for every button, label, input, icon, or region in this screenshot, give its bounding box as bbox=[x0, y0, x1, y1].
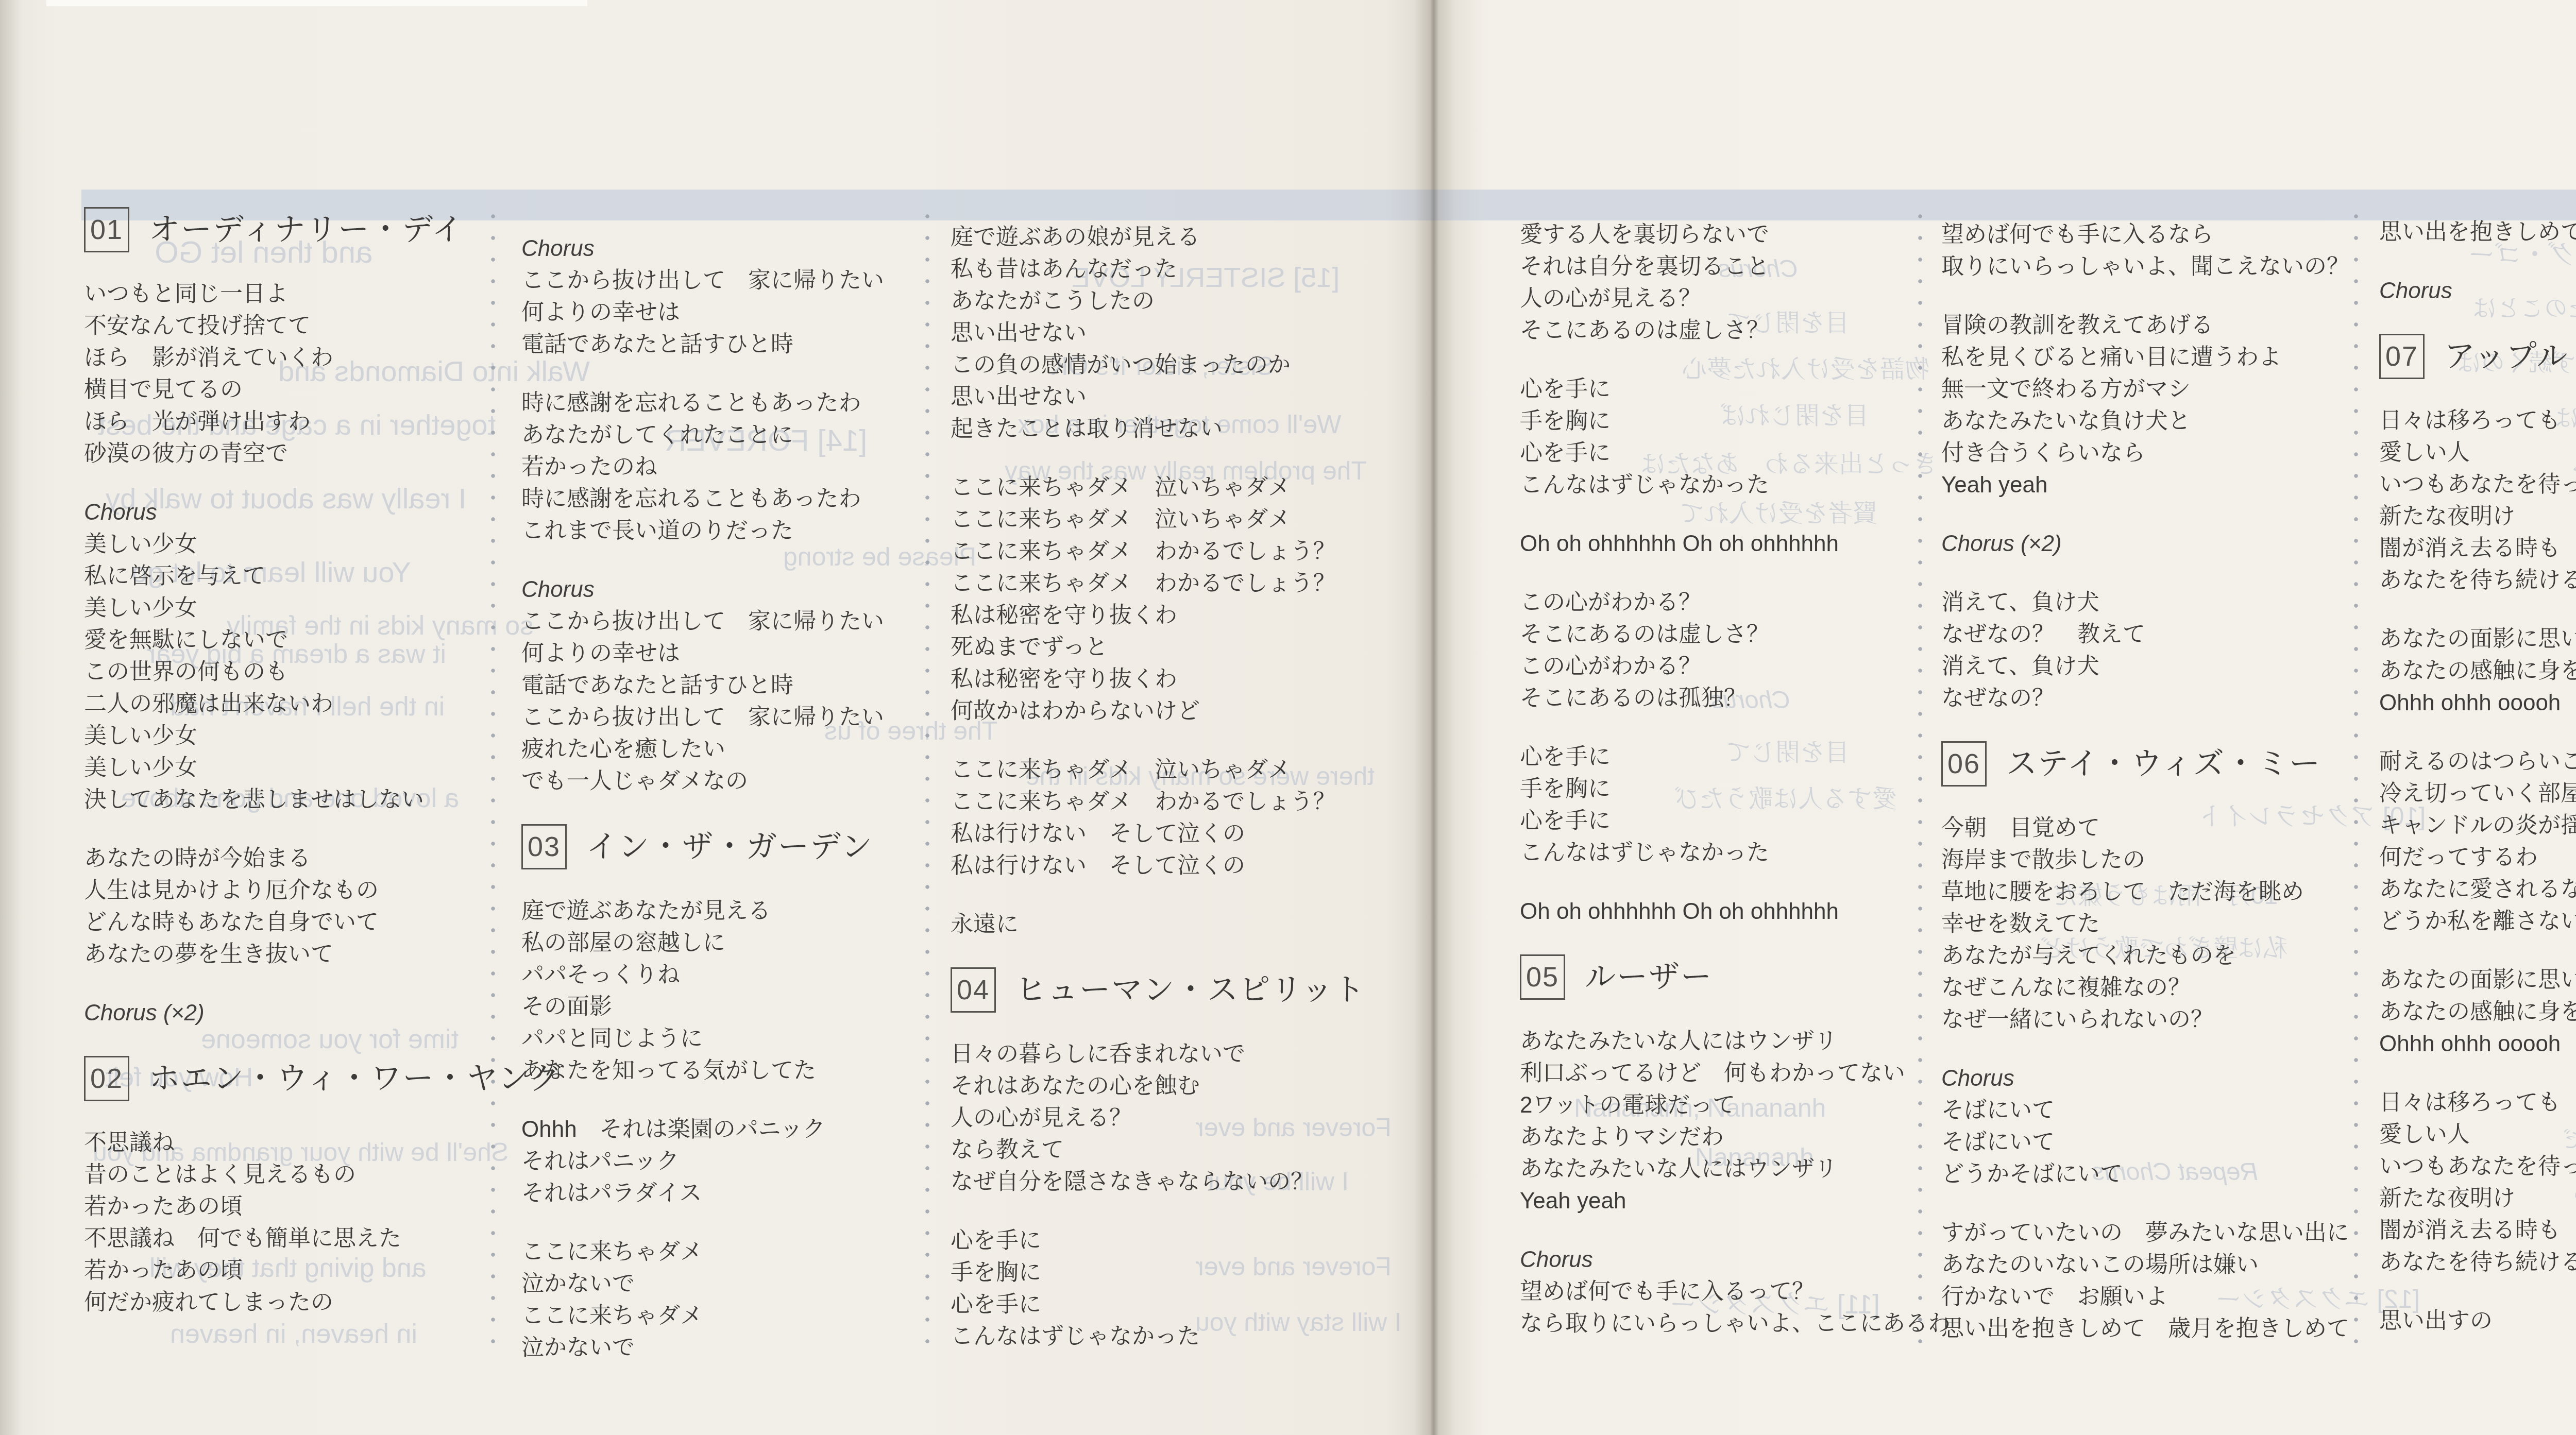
lyric-stanza: ここに来ちゃダメ泣かないでここに来ちゃダメ泣かないで bbox=[521, 1236, 934, 1364]
lyric-line: あなたの夢を生き抜いて bbox=[84, 938, 519, 970]
lyric-line: なぜこんなに複雑なの？ bbox=[1941, 972, 2361, 1004]
lyric-line: あなたがこうしたの bbox=[951, 285, 1370, 317]
chorus-label: Chorus (×2) bbox=[1941, 528, 2361, 560]
lyric-line: Yeah yeah bbox=[1941, 469, 2361, 501]
lyric-line: 心を手に bbox=[1520, 373, 1932, 405]
lyric-line: 電話であなたと話すひと時 bbox=[521, 329, 934, 361]
lyric-line: なぜなの？ 教えて bbox=[1941, 619, 2361, 651]
scan-edge-artifact bbox=[46, 0, 587, 6]
lyric-stanza: 今朝 目覚めて海岸まで散歩したの草地に腰をおろして ただ海を眺め幸せを数えてたあ… bbox=[1941, 812, 2361, 1036]
lyric-line: 人の心が見える？ bbox=[951, 1102, 1370, 1134]
lyric-line: 消えて、負け犬 bbox=[1941, 651, 2361, 682]
lyric-line: いつもと同じ一日よ bbox=[84, 278, 519, 310]
lyric-line: 耐えるのはつらいこと bbox=[2379, 746, 2576, 778]
lyric-line: 愛を無駄にしないで bbox=[84, 624, 519, 656]
lyric-line: 二人の邪魔は出来ないわ bbox=[84, 688, 519, 720]
lyrics-column-6: 思い出を抱きしめて 歳月を抱きしめてChorus07アップル・オブ・マイ・アイ日… bbox=[2379, 216, 2576, 1364]
lyric-line: 思い出せない bbox=[951, 381, 1370, 413]
lyric-line: 人の心が見える？ bbox=[1520, 283, 1932, 315]
lyric-line: 思い出を抱きしめて 歳月を抱きしめて bbox=[1941, 1313, 2361, 1345]
lyric-line: そこにあるのは孤独？ bbox=[1520, 682, 1932, 714]
lyric-line: 思い出すの bbox=[2379, 1305, 2576, 1337]
lyric-line: それは自分を裏切ること bbox=[1520, 251, 1932, 283]
lyrics-column-5: 望めば何でも手に入るなら取りにいらっしゃいよ、聞こえないの？冒険の教訓を教えてあ… bbox=[1941, 219, 2361, 1372]
lyric-line: こんなはずじゃなかった bbox=[951, 1321, 1370, 1353]
lyric-stanza: 時に感謝を忘れることもあったわあなたがしてくれたことに若かったのね時に感謝を忘れ… bbox=[521, 387, 934, 547]
lyric-stanza: 望めば何でも手に入るなら取りにいらっしゃいよ、聞こえないの？ bbox=[1941, 219, 2361, 283]
chorus-label: Chorus bbox=[84, 497, 519, 528]
lyric-line: あなたを待ち続けるわ bbox=[2379, 1246, 2576, 1278]
lyric-line: あなたの面影に思いを馳せ bbox=[2379, 964, 2576, 996]
lyric-stanza: 日々は移ろっても愛しい人いつもあなたを待ってるわ新たな夜明け闇が消え去る時もあな… bbox=[2379, 405, 2576, 596]
lyric-line: 手を胸に bbox=[1520, 773, 1932, 805]
lyric-line: 闇が消え去る時も bbox=[2379, 533, 2576, 565]
lyric-line: 何だってするわ bbox=[2379, 842, 2576, 874]
lyric-line: 疲れた心を癒したい bbox=[521, 733, 934, 765]
lyric-line: でも一人じゃダメなの bbox=[521, 765, 934, 797]
lyric-line: 冷え切っていく部屋で bbox=[2379, 778, 2576, 810]
lyric-line: 心を手に bbox=[1520, 805, 1932, 837]
lyric-line: 不思議ね 何でも簡単に思えた bbox=[84, 1223, 519, 1255]
lyric-stanza: Chorusここから抜け出して 家に帰りたい何よりの幸せは電話であなたと話すひと… bbox=[521, 574, 934, 797]
lyric-line: 付き合うくらいなら bbox=[1941, 437, 2361, 469]
lyric-line: なぜ一緒にいられないの？ bbox=[1941, 1004, 2361, 1036]
lyric-line: 決してあなたを悲しませはしない bbox=[84, 784, 519, 816]
lyric-line: 私は秘密を守り抜くわ bbox=[951, 663, 1370, 695]
track-header: 02ホエン・ウィ・ワー・ヤング bbox=[84, 1056, 519, 1101]
lyric-line: 私を見くびると痛い目に遭うわよ bbox=[1941, 341, 2361, 373]
lyric-line: 草地に腰をおろして ただ海を眺め bbox=[1941, 876, 2361, 908]
lyric-stanza: Chorus美しい少女私に啓示を与えて美しい少女愛を無駄にしないでこの世界の何も… bbox=[84, 497, 519, 816]
lyric-stanza: 心を手に手を胸に心を手にこんなはずじゃなかった bbox=[1520, 741, 1932, 869]
lyric-line: 利口ぶってるけど 何もわかってない bbox=[1520, 1057, 1932, 1089]
lyric-line: 新たな夜明け bbox=[2379, 1183, 2576, 1215]
lyric-line: 永遠に bbox=[951, 909, 1370, 941]
lyric-line: Ohhh それは楽園のパニック bbox=[521, 1114, 934, 1146]
lyric-line: これまで長い道のりだった bbox=[521, 515, 934, 547]
lyric-line: 昔のことはよく見えるもの bbox=[84, 1159, 519, 1191]
lyric-line: ここから抜け出して 家に帰りたい bbox=[521, 606, 934, 638]
lyrics-column-3: 庭で遊ぶあの娘が見える私も昔はあんなだったあなたがこうしたの思い出せないこの負の… bbox=[951, 221, 1370, 1379]
lyric-stanza: ここに来ちゃダメ 泣いちゃダメここに来ちゃダメ 泣いちゃダメここに来ちゃダメ わ… bbox=[951, 472, 1370, 727]
lyric-line: Ohhh ohhh ooooh bbox=[2379, 1028, 2576, 1060]
lyric-line: 心を手に bbox=[1520, 437, 1932, 469]
lyric-stanza: あなたの時が今始まる人生は見かけより厄介なものどんな時もあなた自身でいてあなたの… bbox=[84, 843, 519, 970]
lyric-line: 日々は移ろっても bbox=[2379, 405, 2576, 437]
chorus-label: Chorus bbox=[1520, 1244, 1932, 1276]
lyric-line: 何よりの幸せは bbox=[521, 297, 934, 329]
lyric-line: あなたを待ち続けるわ bbox=[2379, 565, 2576, 596]
lyric-line: 手を胸に bbox=[951, 1257, 1370, 1289]
lyric-line: パパそっくりね bbox=[521, 959, 934, 991]
lyric-stanza: 冒険の教訓を教えてあげる私を見くびると痛い目に遭うわよ無一文で終わる方がマシあな… bbox=[1941, 310, 2361, 501]
lyric-line: ここから抜け出して 家に帰りたい bbox=[521, 265, 934, 297]
lyric-line: 美しい少女 bbox=[84, 592, 519, 624]
lyric-line: 砂漠の彼方の青空で bbox=[84, 438, 519, 470]
track-number-box: 01 bbox=[84, 207, 129, 252]
lyrics-column-4: 愛する人を裏切らないでそれは自分を裏切ること人の心が見える？そこにあるのは虚しさ… bbox=[1520, 219, 1932, 1366]
lyric-stanza: 耐えるのはつらいこと冷え切っていく部屋でキャンドルの炎が揺らめく何だってするわあ… bbox=[2379, 746, 2576, 937]
lyric-line: ここに来ちゃダメ わかるでしょう？ bbox=[951, 568, 1370, 600]
lyric-line: あなたの感触に身を任せるの bbox=[2379, 655, 2576, 687]
lyric-line: ここに来ちゃダメ 泣いちゃダメ bbox=[951, 504, 1370, 536]
lyric-line: 人生は見かけより厄介なもの bbox=[84, 875, 519, 907]
lyric-line: こんなはずじゃなかった bbox=[1520, 837, 1932, 869]
chorus-label: Chorus bbox=[2379, 275, 2576, 307]
track-title: オーディナリー・デイ bbox=[149, 214, 464, 246]
lyric-stanza: あなたみたいな人にはウンザリ利口ぶってるけど 何もわかってない2ワットの電球だっ… bbox=[1520, 1026, 1932, 1217]
track-title: イン・ザ・ガーデン bbox=[586, 831, 873, 863]
lyric-line: 今朝 目覚めて bbox=[1941, 812, 2361, 844]
lyric-line: あなたを知ってる気がしてた bbox=[521, 1055, 934, 1087]
lyric-line: どんな時もあなた自身でいて bbox=[84, 907, 519, 938]
lyric-line: 死ぬまでずっと bbox=[951, 631, 1370, 663]
lyric-line: ここから抜け出して 家に帰りたい bbox=[521, 702, 934, 733]
lyric-stanza: 永遠に bbox=[951, 909, 1370, 941]
lyric-line: 闇が消え去る時も bbox=[2379, 1215, 2576, 1246]
lyric-line: 海岸まで散歩したの bbox=[1941, 844, 2361, 876]
lyric-line: この負の感情がいつ始まったのか bbox=[951, 349, 1370, 381]
lyric-line: 何だか疲れてしまったの bbox=[84, 1287, 519, 1319]
lyric-stanza: Chorus (×2) bbox=[1941, 528, 2361, 560]
track-header: 06ステイ・ウィズ・ミー bbox=[1941, 741, 2361, 787]
lyric-stanza: 思い出すの bbox=[2379, 1305, 2576, 1337]
lyric-line: なら教えて bbox=[951, 1134, 1370, 1166]
lyric-stanza: あなたの面影に思いを馳せあなたの感触に身を任せるのOhhh ohhh ooooh bbox=[2379, 623, 2576, 719]
track-title: ホエン・ウィ・ワー・ヤング bbox=[149, 1063, 562, 1095]
lyric-line: 私に啓示を与えて bbox=[84, 560, 519, 592]
lyric-line: あなたよりマシだわ bbox=[1520, 1121, 1932, 1153]
lyric-stanza: あなたの面影に思いを馳せあなたの感触に身を任せるのOhhh ohhh ooooh bbox=[2379, 964, 2576, 1060]
track-title: ヒューマン・スピリット bbox=[1015, 974, 1366, 1006]
chorus-label: Chorus bbox=[521, 233, 934, 265]
lyric-line: そばにいて bbox=[1941, 1126, 2361, 1158]
lyric-line: 愛しい人 bbox=[2379, 1119, 2576, 1151]
lyric-line: 何よりの幸せは bbox=[521, 638, 934, 670]
lyric-line: 美しい少女 bbox=[84, 528, 519, 560]
lyric-line: 2ワットの電球だって bbox=[1520, 1089, 1932, 1121]
lyric-line: こんなはずじゃなかった bbox=[1520, 469, 1932, 501]
lyric-line: 若かったのね bbox=[521, 451, 934, 483]
lyric-line: ここに来ちゃダメ bbox=[521, 1236, 934, 1268]
lyric-line: なら取りにいらっしゃいよ、ここにあるわ bbox=[1520, 1308, 1932, 1340]
lyric-stanza: Oh oh ohhhhhh Oh oh ohhhhhh bbox=[1520, 896, 1932, 928]
lyric-stanza: 不思議ね昔のことはよく見えるもの若かったあの頃不思議ね 何でも簡単に思えた若かっ… bbox=[84, 1127, 519, 1319]
lyric-stanza: 心を手に手を胸に心を手にこんなはずじゃなかった bbox=[951, 1225, 1370, 1353]
lyric-line: 心を手に bbox=[951, 1289, 1370, 1321]
lyric-stanza: 心を手に手を胸に心を手にこんなはずじゃなかった bbox=[1520, 373, 1932, 501]
track-number-box: 07 bbox=[2379, 334, 2425, 379]
lyric-line: あなたみたいな負け犬と bbox=[1941, 405, 2361, 437]
lyric-line: あなたが与えてくれたものを bbox=[1941, 940, 2361, 972]
track-title: アップル・オブ・マイ・アイ bbox=[2444, 340, 2576, 372]
lyric-line: ここに来ちゃダメ 泣いちゃダメ bbox=[951, 472, 1370, 504]
lyric-stanza: すがっていたいの 夢みたいな思い出にあなたのいないこの場所は嫌い行かないで お願… bbox=[1941, 1217, 2361, 1345]
chorus-label: Chorus (×2) bbox=[84, 997, 519, 1029]
track-header: 01オーディナリー・デイ bbox=[84, 207, 519, 252]
lyric-line: あなたの時が今始まる bbox=[84, 843, 519, 875]
binding-gutter-crease bbox=[1385, 0, 1483, 1435]
lyric-line: 泣かないで bbox=[521, 1268, 934, 1300]
lyric-line: あなたに愛されるなら bbox=[2379, 874, 2576, 906]
lyric-line: 消えて、負け犬 bbox=[1941, 587, 2361, 619]
lyric-line: 美しい少女 bbox=[84, 752, 519, 784]
track-header: 05ルーザー bbox=[1520, 954, 1932, 1000]
lyric-line: あなたのいないこの場所は嫌い bbox=[1941, 1249, 2361, 1281]
lyric-line: パパと同じように bbox=[521, 1023, 934, 1055]
lyric-line: ほら 影が消えていくわ bbox=[84, 342, 519, 374]
lyric-line: あなたの感触に身を任せるの bbox=[2379, 996, 2576, 1028]
lyric-stanza: Chorusここから抜け出して 家に帰りたい何よりの幸せは電話であなたと話すひと… bbox=[521, 233, 934, 361]
lyric-line: Ohhh ohhh ooooh bbox=[2379, 687, 2576, 719]
lyric-line: 手を胸に bbox=[1520, 405, 1932, 437]
lyric-line: 何故かはわからないけど bbox=[951, 695, 1370, 727]
lyric-line: 庭で遊ぶあなたが見える bbox=[521, 895, 934, 927]
lyric-line: 心を手に bbox=[951, 1225, 1370, 1257]
track-header: 03イン・ザ・ガーデン bbox=[521, 824, 934, 869]
lyric-line: 日々は移ろっても bbox=[2379, 1087, 2576, 1119]
track-number-box: 02 bbox=[84, 1056, 129, 1101]
lyric-line: 無一文で終わる方がマシ bbox=[1941, 373, 2361, 405]
lyric-line: その面影 bbox=[521, 991, 934, 1023]
lyric-line: この世界の何ものも bbox=[84, 656, 519, 688]
lyric-line: どうか私を離さないで bbox=[2379, 906, 2576, 937]
lyric-stanza: Oh oh ohhhhhh Oh oh ohhhhhh bbox=[1520, 528, 1932, 560]
lyric-line: 私は行けない そして泣くの bbox=[951, 850, 1370, 882]
lyric-line: 若かったあの頃 bbox=[84, 1191, 519, 1223]
lyric-stanza: 庭で遊ぶあの娘が見える私も昔はあんなだったあなたがこうしたの思い出せないこの負の… bbox=[951, 221, 1370, 445]
lyric-line: 心を手に bbox=[1520, 741, 1932, 773]
lyric-line: 不安なんて投げ捨てて bbox=[84, 310, 519, 342]
lyric-line: どうかそばにいて bbox=[1941, 1158, 2361, 1190]
lyric-line: すがっていたいの 夢みたいな思い出に bbox=[1941, 1217, 2361, 1249]
lyric-stanza: Chorus (×2) bbox=[84, 997, 519, 1029]
track-header: 07アップル・オブ・マイ・アイ bbox=[2379, 334, 2576, 379]
lyric-stanza: いつもと同じ一日よ不安なんて投げ捨ててほら 影が消えていくわ横目で見てるのほら … bbox=[84, 278, 519, 470]
lyric-line: そこにあるのは虚しさ？ bbox=[1520, 315, 1932, 347]
track-number-box: 03 bbox=[521, 824, 567, 869]
lyric-line: 私は行けない そして泣くの bbox=[951, 818, 1370, 850]
track-header: 04ヒューマン・スピリット bbox=[951, 967, 1370, 1013]
lyrics-column-1: 01オーディナリー・デイいつもと同じ一日よ不安なんて投げ捨ててほら 影が消えてい… bbox=[84, 207, 519, 1345]
lyric-line: あなたみたいな人にはウンザリ bbox=[1520, 1153, 1932, 1185]
lyric-line: 日々の暮らしに呑まれないで bbox=[951, 1038, 1370, 1070]
track-title: ルーザー bbox=[1585, 961, 1713, 993]
lyric-line: 電話であなたと話すひと時 bbox=[521, 670, 934, 702]
lyric-line: 私も昔はあんなだった bbox=[951, 253, 1370, 285]
lyric-line: ほら 光が弾け出すわ bbox=[84, 406, 519, 438]
lyric-line: ここに来ちゃダメ 泣いちゃダメ bbox=[951, 754, 1370, 786]
lyric-line: それはパニック bbox=[521, 1146, 934, 1177]
lyric-line: あなたがしてくれたことに bbox=[521, 419, 934, 451]
lyric-line: 起きたことは取り消せない bbox=[951, 413, 1370, 445]
lyric-line: 新たな夜明け bbox=[2379, 501, 2576, 533]
lyric-line: 不思議ね bbox=[84, 1127, 519, 1159]
lyric-line: Oh oh ohhhhhh Oh oh ohhhhhh bbox=[1520, 528, 1932, 560]
lyric-stanza: Ohhh それは楽園のパニックそれはパニックそれはパラダイス bbox=[521, 1114, 934, 1209]
track-number-box: 05 bbox=[1520, 954, 1565, 1000]
lyric-line: あなたの面影に思いを馳せ bbox=[2379, 623, 2576, 655]
lyric-stanza: ここに来ちゃダメ 泣いちゃダメここに来ちゃダメ わかるでしょう？私は行けない そ… bbox=[951, 754, 1370, 882]
lyric-line: 思い出を抱きしめて 歳月を抱きしめて bbox=[2379, 216, 2576, 248]
scan-edge-shadow bbox=[0, 0, 22, 1435]
lyric-line: Oh oh ohhhhhh Oh oh ohhhhhh bbox=[1520, 896, 1932, 928]
track-number-box: 04 bbox=[951, 967, 996, 1013]
lyric-line: ここに来ちゃダメ わかるでしょう？ bbox=[951, 786, 1370, 818]
lyrics-column-2: Chorusここから抜け出して 家に帰りたい何よりの幸せは電話であなたと話すひと… bbox=[521, 233, 934, 1391]
lyric-line: 私は秘密を守り抜くわ bbox=[951, 600, 1370, 631]
lyric-line: いつもあなたを待ってるわ bbox=[2379, 1151, 2576, 1183]
lyric-line: 行かないで お願いよ bbox=[1941, 1281, 2361, 1313]
lyric-line: この心がわかる？ bbox=[1520, 587, 1932, 619]
track-title: ステイ・ウィズ・ミー bbox=[2006, 748, 2321, 780]
lyric-line: 時に感謝を忘れることもあったわ bbox=[521, 483, 934, 515]
lyric-stanza: 愛する人を裏切らないでそれは自分を裏切ること人の心が見える？そこにあるのは虚しさ… bbox=[1520, 219, 1932, 347]
lyric-line: 取りにいらっしゃいよ、聞こえないの？ bbox=[1941, 251, 2361, 283]
lyric-line: そこにあるのは虚しさ？ bbox=[1520, 619, 1932, 651]
lyric-line: 泣かないで bbox=[521, 1332, 934, 1364]
lyric-stanza: この心がわかる？そこにあるのは虚しさ？この心がわかる？そこにあるのは孤独？ bbox=[1520, 587, 1932, 714]
chorus-label: Chorus bbox=[1941, 1063, 2361, 1095]
lyric-line: キャンドルの炎が揺らめく bbox=[2379, 810, 2576, 842]
lyric-stanza: Chorus望めば何でも手に入るって？なら取りにいらっしゃいよ、ここにあるわ bbox=[1520, 1244, 1932, 1340]
lyric-line: なぜ自分を隠さなきゃならないの？ bbox=[951, 1166, 1370, 1198]
lyric-line: 愛しい人 bbox=[2379, 437, 2576, 469]
lyric-line: そばにいて bbox=[1941, 1095, 2361, 1126]
lyric-stanza: 庭で遊ぶあなたが見える私の部屋の窓越しにパパそっくりねその面影パパと同じようにあ… bbox=[521, 895, 934, 1087]
lyric-stanza: Chorus bbox=[2379, 275, 2576, 307]
lyric-stanza: 消えて、負け犬なぜなの？ 教えて消えて、負け犬なぜなの？ bbox=[1941, 587, 2361, 714]
booklet-spread: and then let GOWalk into Diamonds andtog… bbox=[0, 0, 2576, 1435]
lyric-stanza: 日々は移ろっても愛しい人いつもあなたを待ってるわ新たな夜明け闇が消え去る時もあな… bbox=[2379, 1087, 2576, 1278]
lyric-line: 庭で遊ぶあの娘が見える bbox=[951, 221, 1370, 253]
lyric-line: 幸せを数えてた bbox=[1941, 908, 2361, 940]
lyric-line: 思い出せない bbox=[951, 317, 1370, 349]
lyric-stanza: 日々の暮らしに呑まれないでそれはあなたの心を蝕む人の心が見える？なら教えてなぜ自… bbox=[951, 1038, 1370, 1198]
lyric-line: 美しい少女 bbox=[84, 720, 519, 752]
lyric-stanza: 思い出を抱きしめて 歳月を抱きしめて bbox=[2379, 216, 2576, 248]
lyric-line: Yeah yeah bbox=[1520, 1185, 1932, 1217]
lyric-line: ここに来ちゃダメ bbox=[521, 1300, 934, 1332]
lyric-stanza: Chorusそばにいてそばにいてどうかそばにいて bbox=[1941, 1063, 2361, 1190]
lyric-line: 横目で見てるの bbox=[84, 374, 519, 406]
chorus-label: Chorus bbox=[521, 574, 934, 606]
lyric-line: それはパラダイス bbox=[521, 1177, 934, 1209]
lyric-line: 私の部屋の窓越しに bbox=[521, 927, 934, 959]
lyric-line: この心がわかる？ bbox=[1520, 651, 1932, 682]
lyric-line: 望めば何でも手に入るなら bbox=[1941, 219, 2361, 251]
track-number-box: 06 bbox=[1941, 741, 1987, 787]
lyric-line: 望めば何でも手に入るって？ bbox=[1520, 1276, 1932, 1308]
lyric-line: いつもあなたを待ってるわ bbox=[2379, 469, 2576, 501]
lyric-line: 冒険の教訓を教えてあげる bbox=[1941, 310, 2361, 341]
lyric-line: 愛する人を裏切らないで bbox=[1520, 219, 1932, 251]
lyric-line: それはあなたの心を蝕む bbox=[951, 1070, 1370, 1102]
lyric-line: 若かったあの頃 bbox=[84, 1255, 519, 1287]
lyric-line: なぜなの？ bbox=[1941, 682, 2361, 714]
lyric-line: 時に感謝を忘れることもあったわ bbox=[521, 387, 934, 419]
lyric-line: ここに来ちゃダメ わかるでしょう？ bbox=[951, 536, 1370, 568]
lyric-line: あなたみたいな人にはウンザリ bbox=[1520, 1026, 1932, 1057]
